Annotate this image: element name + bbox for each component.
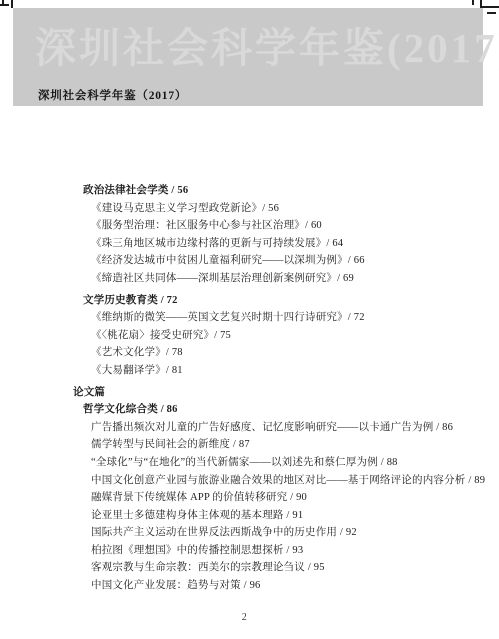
document-page: 深圳社会科学年鉴(2017) 深圳社会科学年鉴（2017） 政治法律社会学类 /… [0,0,499,639]
toc-entry: 《维纳斯的微笑——英国文艺复兴时期十四行诗研究》/ 72 [0,309,499,327]
crop-mark-top-left-vertical [11,0,13,8]
toc-entry: 客观宗教与生命宗教：西美尔的宗教理论刍议 / 95 [0,559,499,577]
banner-watermark-title: 深圳社会科学年鉴(2017) [35,28,499,69]
toc-section-heading: 文学历史教育类 / 72 [0,292,499,310]
crop-mark-top-right-vertical [472,0,474,5]
toc-entry: 《珠三角地区城市边缘村落的更新与可持续发展》/ 64 [0,235,499,253]
toc-entry: 《建设马克思主义学习型政党新论》/ 56 [0,200,499,218]
toc-entry: “全球化”与“在地化”的当代新儒家——以刘述先和蔡仁厚为例 / 88 [0,454,499,472]
toc-part-heading: 论文篇 [0,384,499,402]
toc-entry: 柏拉图《理想国》中的传播控制思想探析 / 93 [0,542,499,560]
toc-entry: 《缔造社区共同体——深圳基层治理创新案例研究》/ 69 [0,270,499,288]
toc-entry: 《经济发达城市中贫困儿童福利研究——以深圳为例》/ 66 [0,252,499,270]
crop-mark-top-left-corner [2,0,4,5]
toc-entry: 中国文化创意产业园与旅游业融合效果的地区对比——基于网络评论的内容分析 / 89 [0,472,499,490]
crop-mark-top-right-dash [487,12,496,14]
toc-entry: 儒学转型与民间社会的新维度 / 87 [0,436,499,454]
toc-section-heading: 哲学文化综合类 / 86 [0,401,499,419]
toc-entry: 《〈桃花扇〉接受史研究》/ 75 [0,327,499,345]
toc-entry: 《服务型治理：社区服务中心参与社区治理》/ 60 [0,217,499,235]
header-banner: 深圳社会科学年鉴(2017) 深圳社会科学年鉴（2017） [13,8,483,106]
toc-entry: 论亚里士多德建构身体主体观的基本理路 / 91 [0,507,499,525]
toc-entry: 广告播出频次对儿童的广告好感度、记忆度影响研究——以卡通广告为例 / 86 [0,419,499,437]
page-number: 2 [0,612,489,623]
toc-entry: 国际共产主义运动在世界反法西斯战争中的历史作用 / 92 [0,524,499,542]
toc-entry: 《艺术文化学》/ 78 [0,344,499,362]
toc-entry: 《大易翻译学》/ 81 [0,362,499,380]
toc-section-heading: 政治法律社会学类 / 56 [0,182,499,200]
toc-entry: 融媒背景下传统媒体 APP 的价值转移研究 / 90 [0,489,499,507]
toc-entry: 中国文化产业发展：趋势与对策 / 96 [0,577,499,595]
yearbook-title: 深圳社会科学年鉴（2017） [38,87,187,103]
table-of-contents: 政治法律社会学类 / 56 《建设马克思主义学习型政党新论》/ 56 《服务型治… [0,182,499,595]
